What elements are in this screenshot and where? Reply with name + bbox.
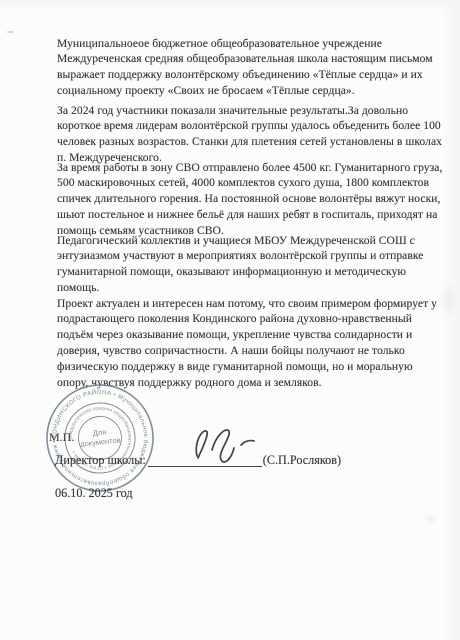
- director-name: (С.П.Росляков): [263, 453, 341, 468]
- mp-place-of-seal-label: М.П.: [49, 430, 74, 445]
- letter-paragraph-school-participation: Педагогический коллектив и учащиеся МБОУ…: [57, 233, 455, 296]
- letter-paragraph-aid-shipments: За время работы в зону СВО отправлено бо…: [57, 160, 455, 239]
- letter-paragraph-results-2024: За 2024 год участники показали значитель…: [57, 103, 455, 166]
- director-label: Директор школы:: [55, 453, 146, 468]
- signature-underline: [148, 453, 262, 467]
- letter-date: 06.10. 2025 год: [55, 486, 133, 501]
- director-signature-row: Директор школы: (С.П.Росляков): [55, 453, 341, 468]
- seal-center-line2: документов: [80, 435, 121, 448]
- scan-artifact-mark: [7, 31, 14, 33]
- letter-paragraph-project-relevance: Проект актуален и интересен нам потому, …: [57, 296, 455, 391]
- letter-paragraph-intro: Муниципальноеое бюджетное общеобразовате…: [57, 36, 455, 99]
- scanned-letter-page: Муниципальноеое бюджетное общеобразовате…: [0, 0, 460, 640]
